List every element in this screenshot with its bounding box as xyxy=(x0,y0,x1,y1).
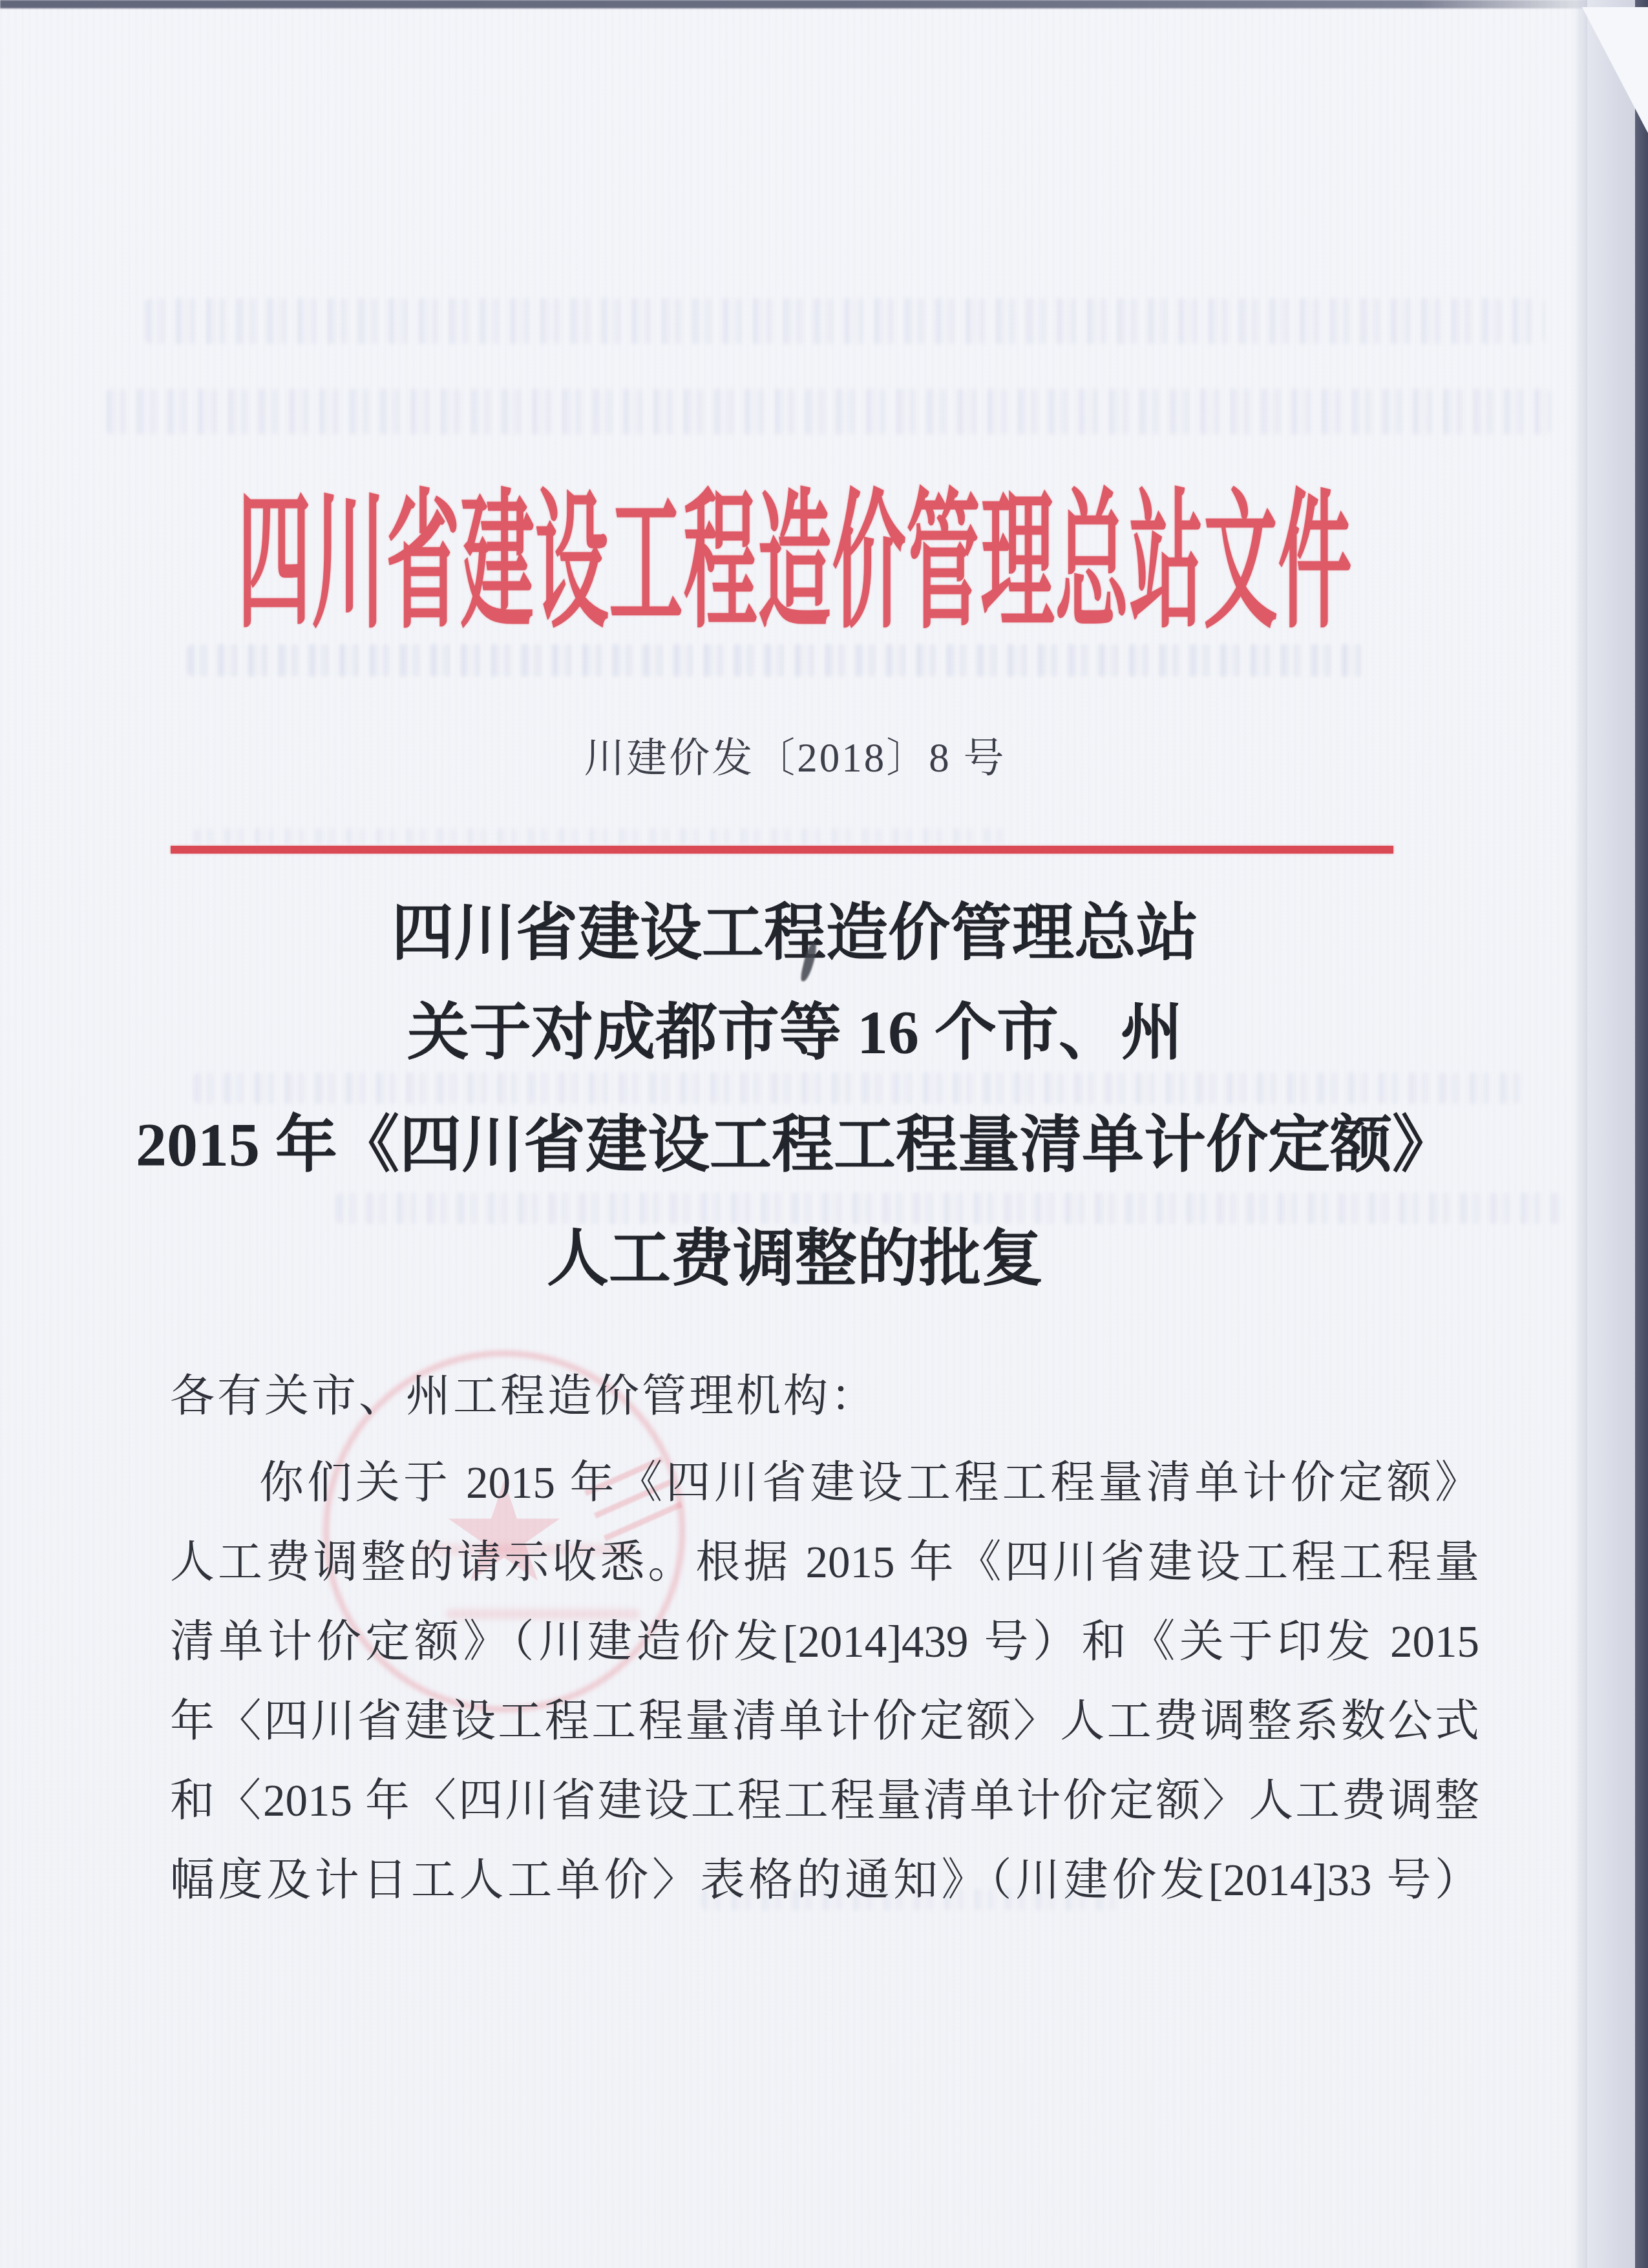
document-title-line-2: 关于对成都市等 16 个市、州 xyxy=(0,999,1590,1066)
body-line: 你们关于 2015 年《四川省建设工程工程量清单计价定额》 xyxy=(170,1458,1479,1508)
body-line: 幅度及计日工人工单价〉表格的通知》（川建价发[2014]33 号） xyxy=(170,1855,1479,1906)
bleedthrough-band xyxy=(145,299,1545,344)
document-title-line-4: 人工费调整的批复 xyxy=(0,1225,1590,1292)
scan-top-edge-shadow xyxy=(0,0,1614,8)
salutation: 各有关市、州工程造价管理机构： xyxy=(170,1371,878,1422)
document-number: 川建价发〔2018〕8 号 xyxy=(0,734,1590,782)
body-line: 人工费调整的请示收悉。根据 2015 年《四川省建设工程工程量 xyxy=(170,1537,1479,1588)
bleedthrough-band xyxy=(194,828,1008,844)
bleedthrough-band xyxy=(107,389,1551,434)
body-line: 清单计价定额》（川建造价发[2014]439 号）和《关于印发 2015 xyxy=(170,1617,1479,1667)
bleedthrough-band xyxy=(194,1073,1525,1104)
body-line: 和〈2015 年〈四川省建设工程工程量清单计价定额〉人工费调整 xyxy=(170,1776,1479,1826)
document-title-line-1: 四川省建设工程造价管理总站 xyxy=(0,899,1590,967)
letterhead-banner: 四川省建设工程造价管理总站文件 xyxy=(0,527,1590,600)
scanner-edge-dark-line xyxy=(1635,0,1648,2268)
bleedthrough-band xyxy=(336,1193,1564,1224)
red-divider-rule xyxy=(171,846,1393,854)
document-title-line-3: 2015 年《四川省建设工程工程量清单计价定额》 xyxy=(0,1111,1590,1179)
bleedthrough-band xyxy=(187,644,1370,677)
agency-banner-text: 四川省建设工程造价管理总站文件 xyxy=(237,489,1352,638)
body-line: 年〈四川省建设工程工程量清单计价定额〉人工费调整系数公式 xyxy=(170,1696,1479,1747)
document-page: 四川省建设工程造价管理总站文件 川建价发〔2018〕8 号 四川省建设工程造价管… xyxy=(0,0,1648,2268)
